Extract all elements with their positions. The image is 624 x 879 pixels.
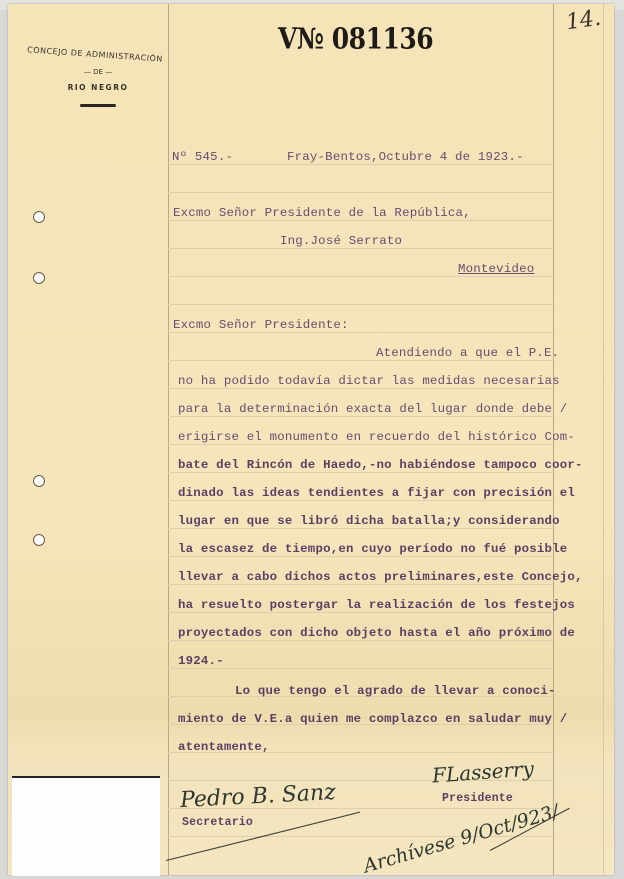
body-line: no ha podido todavía dictar las medidas … (178, 374, 560, 388)
body-line: ha resuelto postergar la realización de … (178, 598, 575, 612)
letterhead-place: RIO NEGRO (28, 83, 168, 92)
letterhead: CONCEJO DE ADMINISTRACIÓN — DE — RIO NEG… (28, 50, 168, 107)
addressee-city: Montevideo (458, 262, 534, 276)
letterhead-separator: — DE — (28, 68, 168, 76)
punch-hole (33, 534, 45, 546)
ruled-line (168, 304, 553, 305)
addressee-line-2: Ing.José Serrato (280, 234, 402, 248)
body-line: miento de V.E.a quien me complazco en sa… (178, 712, 567, 726)
closing-line: atentamente, (178, 740, 270, 754)
ruled-line (168, 192, 553, 193)
ruled-line (168, 388, 553, 389)
ruled-line (168, 220, 553, 221)
punch-hole (33, 272, 45, 284)
ruled-line (168, 472, 553, 473)
body-line: para la determinación exacta del lugar d… (178, 402, 567, 416)
ruled-line (168, 276, 553, 277)
punch-hole (33, 211, 45, 223)
body-line: dinado las ideas tendientes a fijar con … (178, 486, 575, 500)
reference-number: Nº 545.- (172, 150, 233, 164)
ruled-line (168, 556, 553, 557)
ruled-line (168, 584, 553, 585)
folio-number: 14. (564, 6, 602, 36)
margin-rule-left (168, 4, 169, 875)
ruled-line (168, 500, 553, 501)
ruled-line (168, 332, 553, 333)
ruled-line (168, 668, 553, 669)
addressee-line-1: Excmo Señor Presidente de la República, (173, 206, 471, 220)
serial-number-stamp: V№ 081136 (278, 22, 433, 55)
body-line: Lo que tengo el agrado de llevar a conoc… (235, 684, 556, 698)
body-line: 1924.- (178, 654, 224, 668)
body-line: la escasez de tiempo,en cuyo período no … (178, 542, 567, 556)
body-line: lugar en que se libró dicha batalla;y co… (178, 514, 560, 528)
ruled-line (168, 164, 553, 165)
salutation: Excmo Señor Presidente: (173, 318, 349, 332)
body-line: llevar a cabo dichos actos preliminares,… (178, 570, 583, 584)
torn-corner-patch (12, 776, 160, 876)
ruled-line (168, 444, 553, 445)
ruled-line (168, 360, 553, 361)
place-date: Fray-Bentos,Octubre 4 de 1923.- (287, 150, 524, 164)
ruled-line (168, 416, 553, 417)
body-line: proyectados con dicho objeto hasta el añ… (178, 626, 575, 640)
letterhead-ornament (80, 104, 116, 107)
ruled-line (168, 640, 553, 641)
page-edge-rule (603, 4, 604, 875)
secretary-title: Secretario (182, 816, 253, 829)
president-title: Presidente (442, 792, 513, 805)
ruled-line (168, 528, 553, 529)
body-line: bate del Rincón de Haedo,-no habiéndose … (178, 458, 583, 472)
body-line: Atendiendo a que el P.E. (376, 346, 559, 360)
ruled-line (168, 612, 553, 613)
ruled-line (168, 248, 553, 249)
punch-hole (33, 475, 45, 487)
body-line: erigirse el monumento en recuerdo del hi… (178, 430, 575, 444)
